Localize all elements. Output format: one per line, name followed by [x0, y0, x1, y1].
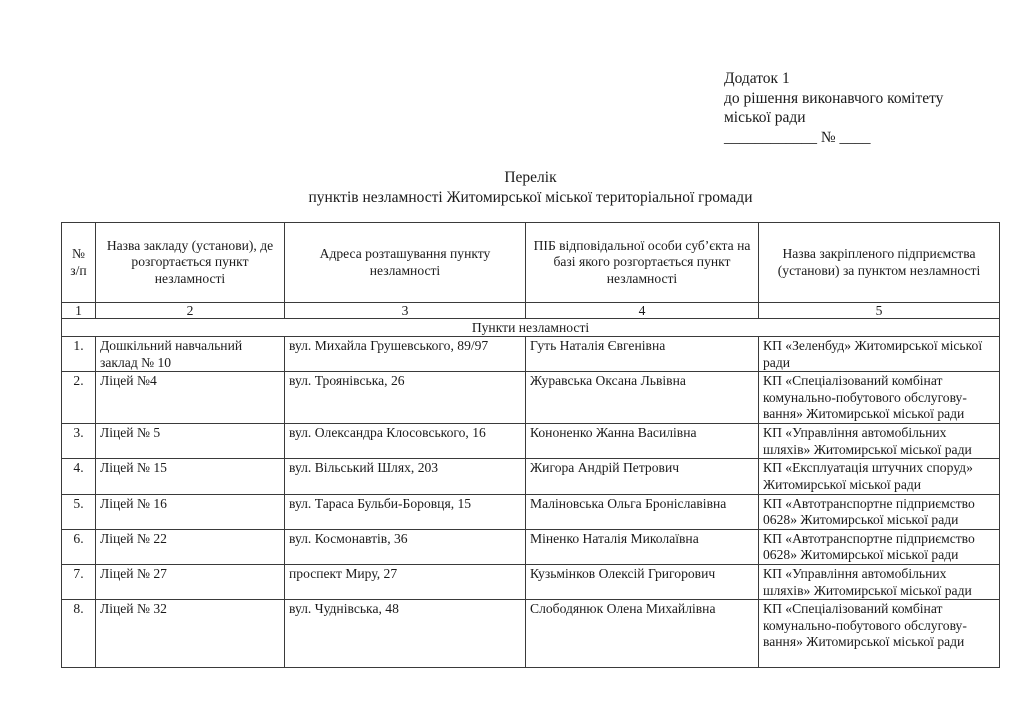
header-enterprise: Назва закріпленого підприємства (установ…	[759, 223, 1000, 303]
institution-name: Дошкільний навчальний заклад № 10	[96, 337, 285, 372]
address: вул. Космонавтів, 36	[285, 529, 526, 564]
column-number: 1	[62, 303, 96, 319]
header-responsible: ПІБ відповідальної особи суб’єкта на баз…	[526, 223, 759, 303]
row-number: 1.	[62, 337, 96, 372]
institution-name: Ліцей № 5	[96, 424, 285, 459]
table-row: 7.Ліцей № 27проспект Миру, 27Кузьмінков …	[62, 564, 1000, 599]
title-line-1: Перелік	[0, 168, 1024, 188]
section-title: Пункти незламності	[62, 319, 1000, 337]
responsible-person: Кононенко Жанна Василівна	[526, 424, 759, 459]
column-numbers-row: 1 2 3 4 5	[62, 303, 1000, 319]
appendix-council: міської ради	[724, 108, 943, 128]
section-row: Пункти незламності	[62, 319, 1000, 337]
table-row: 2.Ліцей №4вул. Троянівська, 26Журавська …	[62, 372, 1000, 424]
assigned-enterprise: КП «Управління автомобільних шляхів» Жит…	[759, 564, 1000, 599]
table-row: 6.Ліцей № 22вул. Космонавтів, 36Міненко …	[62, 529, 1000, 564]
table-row: 4.Ліцей № 15вул. Вільський Шлях, 203Жиго…	[62, 459, 1000, 494]
table-row: 1.Дошкільний навчальний заклад № 10вул. …	[62, 337, 1000, 372]
document-title: Перелік пунктів незламності Житомирської…	[0, 168, 1024, 207]
column-number: 5	[759, 303, 1000, 319]
appendix-label: Додаток 1	[724, 69, 943, 89]
assigned-enterprise: КП «Зеленбуд» Житомирської міської ради	[759, 337, 1000, 372]
table-row: 8.Ліцей № 32вул. Чуднівська, 48Слободяню…	[62, 600, 1000, 668]
assigned-enterprise: КП «Автотранспортне підприємство 0628» Ж…	[759, 494, 1000, 529]
resilience-points-table: № з/п Назва закладу (установи), де розго…	[61, 222, 1000, 668]
address: проспект Миру, 27	[285, 564, 526, 599]
appendix-header: Додаток 1 до рішення виконавчого комітет…	[724, 69, 943, 147]
address: вул. Олександра Клосовського, 16	[285, 424, 526, 459]
assigned-enterprise: КП «Автотранспортне підприємство 0628» Ж…	[759, 529, 1000, 564]
institution-name: Ліцей № 22	[96, 529, 285, 564]
responsible-person: Жигора Андрій Петрович	[526, 459, 759, 494]
responsible-person: Міненко Наталія Миколаївна	[526, 529, 759, 564]
appendix-date-number: ____________ № ____	[724, 128, 943, 148]
header-number: № з/п	[62, 223, 96, 303]
row-number: 3.	[62, 424, 96, 459]
responsible-person: Кузьмінков Олексій Григорович	[526, 564, 759, 599]
row-number: 6.	[62, 529, 96, 564]
responsible-person: Гуть Наталія Євгенівна	[526, 337, 759, 372]
institution-name: Ліцей № 27	[96, 564, 285, 599]
table-body: 1.Дошкільний навчальний заклад № 10вул. …	[62, 337, 1000, 668]
title-line-2: пунктів незламності Житомирської міської…	[0, 188, 1024, 208]
column-number: 4	[526, 303, 759, 319]
institution-name: Ліцей № 32	[96, 600, 285, 668]
responsible-person: Слободянюк Олена Михайлівна	[526, 600, 759, 668]
column-number: 3	[285, 303, 526, 319]
assigned-enterprise: КП «Експлуатація штучних споруд» Житомир…	[759, 459, 1000, 494]
row-number: 4.	[62, 459, 96, 494]
assigned-enterprise: КП «Управління автомобільних шляхів» Жит…	[759, 424, 1000, 459]
institution-name: Ліцей № 16	[96, 494, 285, 529]
row-number: 2.	[62, 372, 96, 424]
address: вул. Михайла Грушевського, 89/97	[285, 337, 526, 372]
address: вул. Чуднівська, 48	[285, 600, 526, 668]
address: вул. Троянівська, 26	[285, 372, 526, 424]
assigned-enterprise: КП «Спеціалізований комбінат комунально-…	[759, 600, 1000, 668]
address: вул. Тараса Бульби-Боровця, 15	[285, 494, 526, 529]
responsible-person: Журавська Оксана Львівна	[526, 372, 759, 424]
table-row: 3.Ліцей № 5вул. Олександра Клосовського,…	[62, 424, 1000, 459]
column-number: 2	[96, 303, 285, 319]
table-row: 5.Ліцей № 16вул. Тараса Бульби-Боровця, …	[62, 494, 1000, 529]
row-number: 5.	[62, 494, 96, 529]
appendix-decision: до рішення виконавчого комітету	[724, 89, 943, 109]
table-header-row: № з/п Назва закладу (установи), де розго…	[62, 223, 1000, 303]
address: вул. Вільський Шлях, 203	[285, 459, 526, 494]
row-number: 7.	[62, 564, 96, 599]
assigned-enterprise: КП «Спеціалізований комбінат комунально-…	[759, 372, 1000, 424]
responsible-person: Маліновська Ольга Броніславівна	[526, 494, 759, 529]
row-number: 8.	[62, 600, 96, 668]
institution-name: Ліцей № 15	[96, 459, 285, 494]
institution-name: Ліцей №4	[96, 372, 285, 424]
header-address: Адреса розташування пункту незламності	[285, 223, 526, 303]
header-institution: Назва закладу (установи), де розгортаєть…	[96, 223, 285, 303]
